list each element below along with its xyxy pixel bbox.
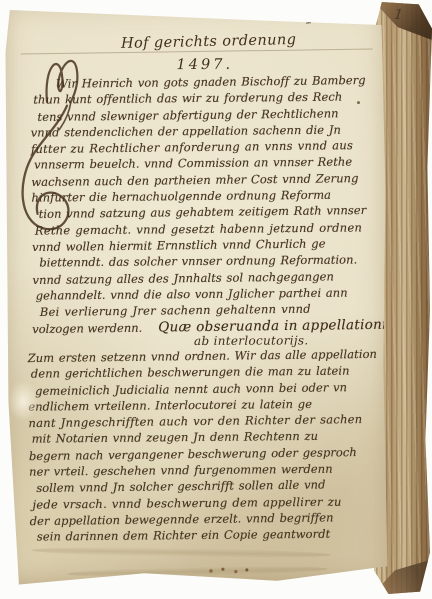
body-text-block-2: Zum ersten setzenn vnnd ordnen. Wir das …: [28, 346, 378, 546]
manuscript-text-line: Rethe gemacht. vnnd gesetzt habenn jetzu…: [35, 219, 374, 239]
manuscript-text-line: gehanndelt. vnnd die also vonn Jglicher …: [36, 284, 375, 304]
fore-edge-top-corner: [380, 2, 432, 40]
manuscript-text-line: ner vrteil. geschehen vnnd furgenommen w…: [29, 460, 377, 480]
latin-rubric-line1: Quæ obseruanda in appellationib:: [158, 316, 400, 335]
edge-page-number: 1: [393, 7, 404, 24]
fore-edge-bottom-corner: [380, 560, 430, 594]
manuscript-text-line: sein darinnen dem Richter ein Copie gean…: [37, 526, 378, 546]
manuscript-text-line: endlichem vrteilenn. Interlocutorei zu l…: [28, 395, 376, 415]
manuscript-text-line: vnnd stendenclichen der appellation sach…: [31, 121, 373, 141]
ink-speck: [357, 101, 360, 104]
body-text-block-1: Wir Heinrich von gots gnaden Bischoff zu…: [30, 72, 375, 321]
title-year: 1497.: [145, 57, 265, 74]
manuscript-text-line: jede vrsach. vnnd beschwerung dem appell…: [32, 493, 377, 513]
parchment-wrinkle: [67, 565, 327, 579]
manuscript-photo: 1 14 Hof gerichts ordenung 1497. Wir Hei…: [0, 0, 432, 599]
manuscript-text-line: hinfurter die hernachuolgennde ordnung R…: [31, 186, 373, 206]
folio-number: 14: [304, 9, 333, 28]
manuscript-text-line: volzogen werdenn.: [32, 320, 142, 335]
stain: [8, 381, 38, 421]
parchment-wrinkle: [31, 546, 331, 560]
manuscript-page: 14 Hof gerichts ordenung 1497. Wir Heinr…: [4, 4, 387, 588]
